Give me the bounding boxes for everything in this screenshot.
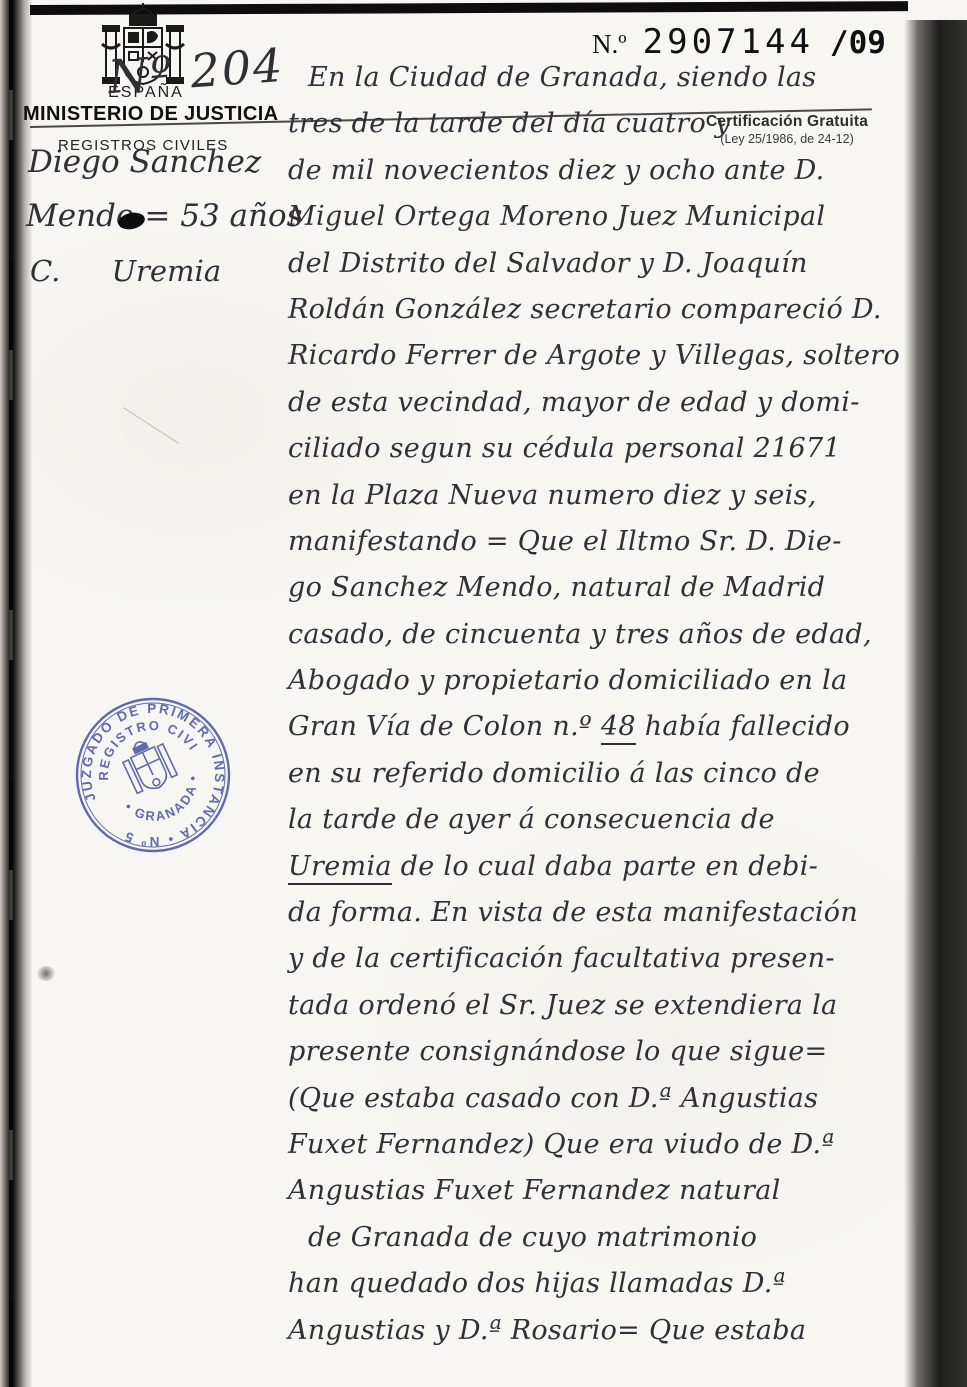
manuscript-line: presente consignándose lo que sigue= (288, 1036, 913, 1082)
manuscript-line: de mil novecientos diez y ocho ante D. (288, 155, 913, 201)
free-certification-stamp: Certificación Gratuita (Ley 25/1986, de … (706, 113, 868, 146)
stamp-outer-text: JUZGADO DE PRIMERA INSTANCIA • Nº 5 (55, 676, 252, 873)
manuscript-line: Angustias y D.ª Rosario= Que estaba (288, 1315, 913, 1361)
deceased-name-line2: Mendo = 53 años (26, 198, 303, 234)
manuscript-line: En la Ciudad de Granada, siendo las (288, 62, 913, 108)
manuscript-line: de Granada de cuyo matrimonio (288, 1222, 913, 1268)
underlined-cause-of-death: Uremia (288, 851, 392, 885)
certificate-number-value: 2907144 (643, 22, 814, 62)
scan-right-edge (904, 20, 967, 1387)
line-text: había fallecido (636, 711, 850, 742)
svg-text:JUZGADO DE PRIMERA INSTANCIA •: JUZGADO DE PRIMERA INSTANCIA • Nº 5 (55, 676, 252, 873)
manuscript-line: Miguel Ortega Moreno Juez Municipal (288, 201, 913, 247)
cause-prefix: C. (30, 254, 60, 288)
deceased-name-line1: Diego Sanchez (28, 144, 261, 180)
record-number-handwritten: Nº 204 (106, 38, 286, 104)
underlined-house-number: 48 (601, 711, 636, 745)
manuscript-line: (Que estaba casado con D.ª Angustias (288, 1083, 913, 1129)
free-certification-title: Certificación Gratuita (706, 113, 868, 131)
manuscript-body: En la Ciudad de Granada, siendo las tres… (288, 62, 913, 1361)
manuscript-line: casado, de cincuenta y tres años de edad… (288, 619, 913, 665)
certificate-number: N.º 2907144 /09 (592, 22, 886, 62)
manuscript-line: y de la certificación facultativa presen… (288, 943, 913, 989)
line-text: de lo cual daba parte en debi- (392, 851, 818, 882)
manuscript-line: Angustias Fuxet Fernandez natural (288, 1175, 913, 1221)
scanned-civil-registry-page: ESPAÑA MINISTERIO DE JUSTICIA REGISTROS … (0, 0, 967, 1387)
manuscript-line: ciliado segun su cédula personal 21671 (288, 433, 913, 479)
manuscript-line: en la Plaza Nueva numero diez y seis, (288, 480, 913, 526)
manuscript-line: Roldán González secretario compareció D. (288, 294, 913, 340)
manuscript-line: Ricardo Ferrer de Argote y Villegas, sol… (288, 340, 913, 386)
registry-round-stamp: JUZGADO DE PRIMERA INSTANCIA • Nº 5 REGI… (27, 649, 279, 901)
manuscript-line-cause: Uremia de lo cual daba parte en debi- (288, 851, 913, 897)
cause-value: Uremia (112, 254, 222, 288)
manuscript-line: han quedado dos hijas llamadas D.ª (288, 1268, 913, 1314)
manuscript-line: tada ordenó el Sr. Juez se extendiera la (288, 990, 913, 1036)
free-certification-law: (Ley 25/1986, de 24-12) (706, 132, 868, 146)
manuscript-line-address: Gran Vía de Colon n.º 48 había fallecido (288, 711, 913, 757)
ink-smudge (36, 966, 56, 981)
stamp-coat-of-arms-icon (118, 733, 179, 797)
line-text: Gran Vía de Colon n.º (288, 711, 601, 742)
manuscript-line: en su referido domicilio á las cinco de (288, 758, 913, 804)
cause-of-death-note: C. Uremia (30, 254, 221, 288)
certificate-number-suffix: /09 (830, 25, 886, 61)
pencil-mark (123, 407, 179, 444)
manuscript-line: Fuxet Fernandez) Que era viudo de D.ª (288, 1129, 913, 1175)
manuscript-line: manifestando = Que el Iltmo Sr. D. Die- (288, 526, 913, 572)
manuscript-line: da forma. En vista de esta manifestación (288, 897, 913, 943)
manuscript-line: go Sanchez Mendo, natural de Madrid (288, 572, 913, 618)
manuscript-line: la tarde de ayer á consecuencia de (288, 804, 913, 850)
manuscript-line: del Distrito del Salvador y D. Joaquín (288, 248, 913, 294)
manuscript-line: de esta vecindad, mayor de edad y domi- (288, 387, 913, 433)
manuscript-line: Abogado y propietario domiciliado en la (288, 665, 913, 711)
certificate-number-label: N.º (592, 29, 627, 60)
